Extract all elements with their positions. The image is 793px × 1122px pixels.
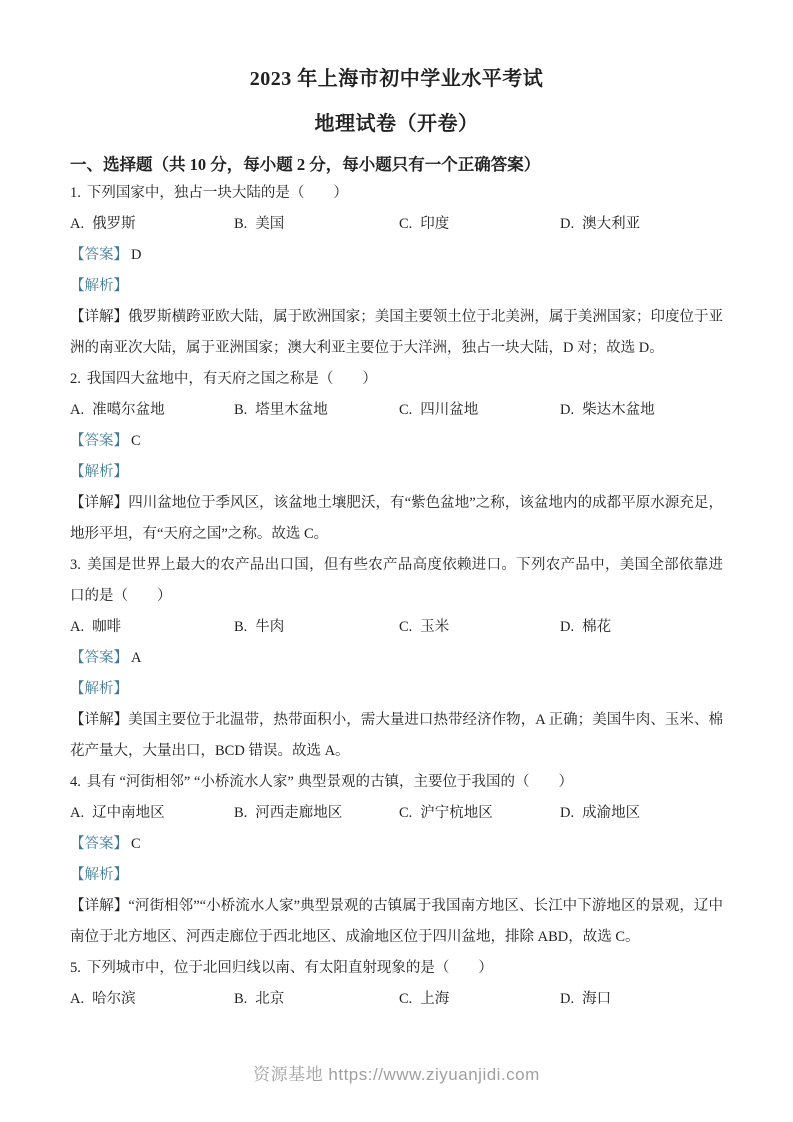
detail-text: 俄罗斯横跨亚欧大陆，属于欧洲国家；美国主要领土位于北美洲，属于美洲国家；印度位于… bbox=[70, 309, 723, 356]
analysis-label: 【解析】 bbox=[70, 867, 128, 883]
question-number: 1. bbox=[70, 185, 81, 201]
analysis-line: 【解析】 bbox=[70, 860, 723, 891]
analysis-line: 【解析】 bbox=[70, 457, 723, 488]
option-a: A.俄罗斯 bbox=[70, 209, 234, 240]
option-d-key: D. bbox=[560, 619, 574, 635]
option-d: D.海口 bbox=[560, 984, 723, 1015]
option-d-text: 成渝地区 bbox=[582, 805, 640, 821]
question-stem: 1.下列国家中，独占一块大陆的是（ ） bbox=[70, 178, 723, 209]
answer-label: 【答案】 bbox=[70, 836, 128, 852]
option-b-key: B. bbox=[234, 619, 247, 635]
question-number: 2. bbox=[70, 371, 81, 387]
option-c-key: C. bbox=[399, 805, 412, 821]
option-b-text: 河西走廊地区 bbox=[255, 805, 342, 821]
option-d: D.成渝地区 bbox=[560, 798, 723, 829]
option-d-text: 澳大利亚 bbox=[582, 216, 640, 232]
option-d-text: 柴达木盆地 bbox=[582, 402, 655, 418]
option-a-key: A. bbox=[70, 402, 84, 418]
answer-label: 【答案】 bbox=[70, 650, 128, 666]
option-b: B.河西走廊地区 bbox=[234, 798, 399, 829]
answer-label: 【答案】 bbox=[70, 433, 128, 449]
option-d-key: D. bbox=[560, 805, 574, 821]
watermark-footer: 资源基地 https://www.ziyuanjidi.com bbox=[0, 1060, 793, 1085]
question-number: 5. bbox=[70, 960, 81, 976]
section-heading-multiple-choice: 一、选择题（共 10 分，每小题 2 分，每小题只有一个正确答案） bbox=[70, 152, 723, 178]
analysis-label: 【解析】 bbox=[70, 464, 128, 480]
option-c-text: 玉米 bbox=[420, 619, 449, 635]
answer-value: C bbox=[131, 433, 141, 449]
option-b: B.北京 bbox=[234, 984, 399, 1015]
detail-text: “河街相邻”“小桥流水人家”典型景观的古镇属于我国南方地区、长江中下游地区的景观… bbox=[70, 898, 723, 945]
option-a-text: 咖啡 bbox=[92, 619, 121, 635]
options-row: A.咖啡 B.牛肉 C.玉米 D.棉花 bbox=[70, 612, 723, 643]
question-stem: 3.美国是世界上最大的农产品出口国，但有些农产品高度依赖进口。下列农产品中，美国… bbox=[70, 550, 723, 612]
document-content: 2023 年上海市初中学业水平考试 地理试卷（开卷） 一、选择题（共 10 分，… bbox=[70, 64, 723, 1015]
options-row: A.俄罗斯 B.美国 C.印度 D.澳大利亚 bbox=[70, 209, 723, 240]
question-number: 3. bbox=[70, 557, 81, 573]
detail-label: 【详解】 bbox=[70, 495, 128, 511]
option-c-text: 沪宁杭地区 bbox=[420, 805, 493, 821]
answer-value: D bbox=[131, 247, 141, 263]
option-c: C.沪宁杭地区 bbox=[399, 798, 560, 829]
options-row: A.辽中南地区 B.河西走廊地区 C.沪宁杭地区 D.成渝地区 bbox=[70, 798, 723, 829]
option-a: A.准噶尔盆地 bbox=[70, 395, 234, 426]
analysis-line: 【解析】 bbox=[70, 674, 723, 705]
option-b-key: B. bbox=[234, 991, 247, 1007]
option-d: D.棉花 bbox=[560, 612, 723, 643]
option-a-text: 俄罗斯 bbox=[92, 216, 136, 232]
option-a-key: A. bbox=[70, 619, 84, 635]
option-a-key: A. bbox=[70, 991, 84, 1007]
option-a-text: 哈尔滨 bbox=[92, 991, 136, 1007]
option-c: C.印度 bbox=[399, 209, 560, 240]
option-a: A.咖啡 bbox=[70, 612, 234, 643]
question-stem: 4.具有 “河街相邻” “小桥流水人家” 典型景观的古镇，主要位于我国的（ ） bbox=[70, 767, 723, 798]
option-c-key: C. bbox=[399, 216, 412, 232]
detail-text: 四川盆地位于季风区，该盆地土壤肥沃，有“紫色盆地”之称，该盆地内的成都平原水源充… bbox=[70, 495, 723, 542]
option-c: C.玉米 bbox=[399, 612, 560, 643]
option-a: A.辽中南地区 bbox=[70, 798, 234, 829]
option-d-key: D. bbox=[560, 216, 574, 232]
detail-paragraph: 【详解】美国主要位于北温带，热带面积小，需大量进口热带经济作物，A 正确；美国牛… bbox=[70, 705, 723, 767]
option-c: C.四川盆地 bbox=[399, 395, 560, 426]
analysis-line: 【解析】 bbox=[70, 271, 723, 302]
question-block-4: 4.具有 “河街相邻” “小桥流水人家” 典型景观的古镇，主要位于我国的（ ） … bbox=[70, 767, 723, 953]
answer-value: A bbox=[131, 650, 141, 666]
answer-line: 【答案】A bbox=[70, 643, 723, 674]
option-d-key: D. bbox=[560, 991, 574, 1007]
option-c-key: C. bbox=[399, 619, 412, 635]
exam-document-page: 2023 年上海市初中学业水平考试 地理试卷（开卷） 一、选择题（共 10 分，… bbox=[0, 0, 793, 1122]
options-row: A.哈尔滨 B.北京 C.上海 D.海口 bbox=[70, 984, 723, 1015]
option-a-key: A. bbox=[70, 216, 84, 232]
detail-paragraph: 【详解】“河街相邻”“小桥流水人家”典型景观的古镇属于我国南方地区、长江中下游地… bbox=[70, 891, 723, 953]
option-c: C.上海 bbox=[399, 984, 560, 1015]
answer-label: 【答案】 bbox=[70, 247, 128, 263]
exam-subtitle: 地理试卷（开卷） bbox=[70, 110, 723, 138]
question-stem-text: 我国四大盆地中，有天府之国之称是（ ） bbox=[87, 371, 377, 387]
option-b-text: 美国 bbox=[255, 216, 284, 232]
option-c-key: C. bbox=[399, 991, 412, 1007]
detail-label: 【详解】 bbox=[70, 309, 128, 325]
option-b-key: B. bbox=[234, 402, 247, 418]
question-block-1: 1.下列国家中，独占一块大陆的是（ ） A.俄罗斯 B.美国 C.印度 D.澳大… bbox=[70, 178, 723, 364]
question-block-3: 3.美国是世界上最大的农产品出口国，但有些农产品高度依赖进口。下列农产品中，美国… bbox=[70, 550, 723, 767]
question-block-5: 5.下列城市中，位于北回归线以南、有太阳直射现象的是（ ） A.哈尔滨 B.北京… bbox=[70, 953, 723, 1015]
options-row: A.准噶尔盆地 B.塔里木盆地 C.四川盆地 D.柴达木盆地 bbox=[70, 395, 723, 426]
option-a: A.哈尔滨 bbox=[70, 984, 234, 1015]
detail-label: 【详解】 bbox=[70, 712, 128, 728]
option-c-key: C. bbox=[399, 402, 412, 418]
option-c-text: 印度 bbox=[420, 216, 449, 232]
option-c-text: 四川盆地 bbox=[420, 402, 478, 418]
question-stem-text: 下列城市中，位于北回归线以南、有太阳直射现象的是（ ） bbox=[87, 960, 493, 976]
question-stem: 2.我国四大盆地中，有天府之国之称是（ ） bbox=[70, 364, 723, 395]
option-d-key: D. bbox=[560, 402, 574, 418]
question-number: 4. bbox=[70, 774, 81, 790]
option-c-text: 上海 bbox=[420, 991, 449, 1007]
exam-title: 2023 年上海市初中学业水平考试 bbox=[70, 64, 723, 94]
question-stem: 5.下列城市中，位于北回归线以南、有太阳直射现象的是（ ） bbox=[70, 953, 723, 984]
option-b-text: 牛肉 bbox=[255, 619, 284, 635]
question-stem-text: 下列国家中，独占一块大陆的是（ ） bbox=[87, 185, 348, 201]
option-d: D.澳大利亚 bbox=[560, 209, 723, 240]
option-b-text: 北京 bbox=[255, 991, 284, 1007]
option-d-text: 棉花 bbox=[582, 619, 611, 635]
option-a-text: 准噶尔盆地 bbox=[92, 402, 165, 418]
option-a-key: A. bbox=[70, 805, 84, 821]
option-b: B.美国 bbox=[234, 209, 399, 240]
option-b: B.塔里木盆地 bbox=[234, 395, 399, 426]
option-b-key: B. bbox=[234, 216, 247, 232]
option-b-key: B. bbox=[234, 805, 247, 821]
analysis-label: 【解析】 bbox=[70, 681, 128, 697]
option-d-text: 海口 bbox=[582, 991, 611, 1007]
option-d: D.柴达木盆地 bbox=[560, 395, 723, 426]
analysis-label: 【解析】 bbox=[70, 278, 128, 294]
detail-paragraph: 【详解】四川盆地位于季风区，该盆地土壤肥沃，有“紫色盆地”之称，该盆地内的成都平… bbox=[70, 488, 723, 550]
detail-text: 美国主要位于北温带，热带面积小，需大量进口热带经济作物，A 正确；美国牛肉、玉米… bbox=[70, 712, 723, 759]
option-a-text: 辽中南地区 bbox=[92, 805, 165, 821]
answer-line: 【答案】D bbox=[70, 240, 723, 271]
watermark-link[interactable]: 资源基地 https://www.ziyuanjidi.com bbox=[253, 1065, 540, 1084]
option-b-text: 塔里木盆地 bbox=[255, 402, 328, 418]
answer-value: C bbox=[131, 836, 141, 852]
question-stem-text: 美国是世界上最大的农产品出口国，但有些农产品高度依赖进口。下列农产品中，美国全部… bbox=[70, 557, 723, 604]
answer-line: 【答案】C bbox=[70, 829, 723, 860]
question-stem-text: 具有 “河街相邻” “小桥流水人家” 典型景观的古镇，主要位于我国的（ ） bbox=[87, 774, 573, 790]
detail-paragraph: 【详解】俄罗斯横跨亚欧大陆，属于欧洲国家；美国主要领土位于北美洲，属于美洲国家；… bbox=[70, 302, 723, 364]
question-block-2: 2.我国四大盆地中，有天府之国之称是（ ） A.准噶尔盆地 B.塔里木盆地 C.… bbox=[70, 364, 723, 550]
option-b: B.牛肉 bbox=[234, 612, 399, 643]
answer-line: 【答案】C bbox=[70, 426, 723, 457]
detail-label: 【详解】 bbox=[70, 898, 128, 914]
